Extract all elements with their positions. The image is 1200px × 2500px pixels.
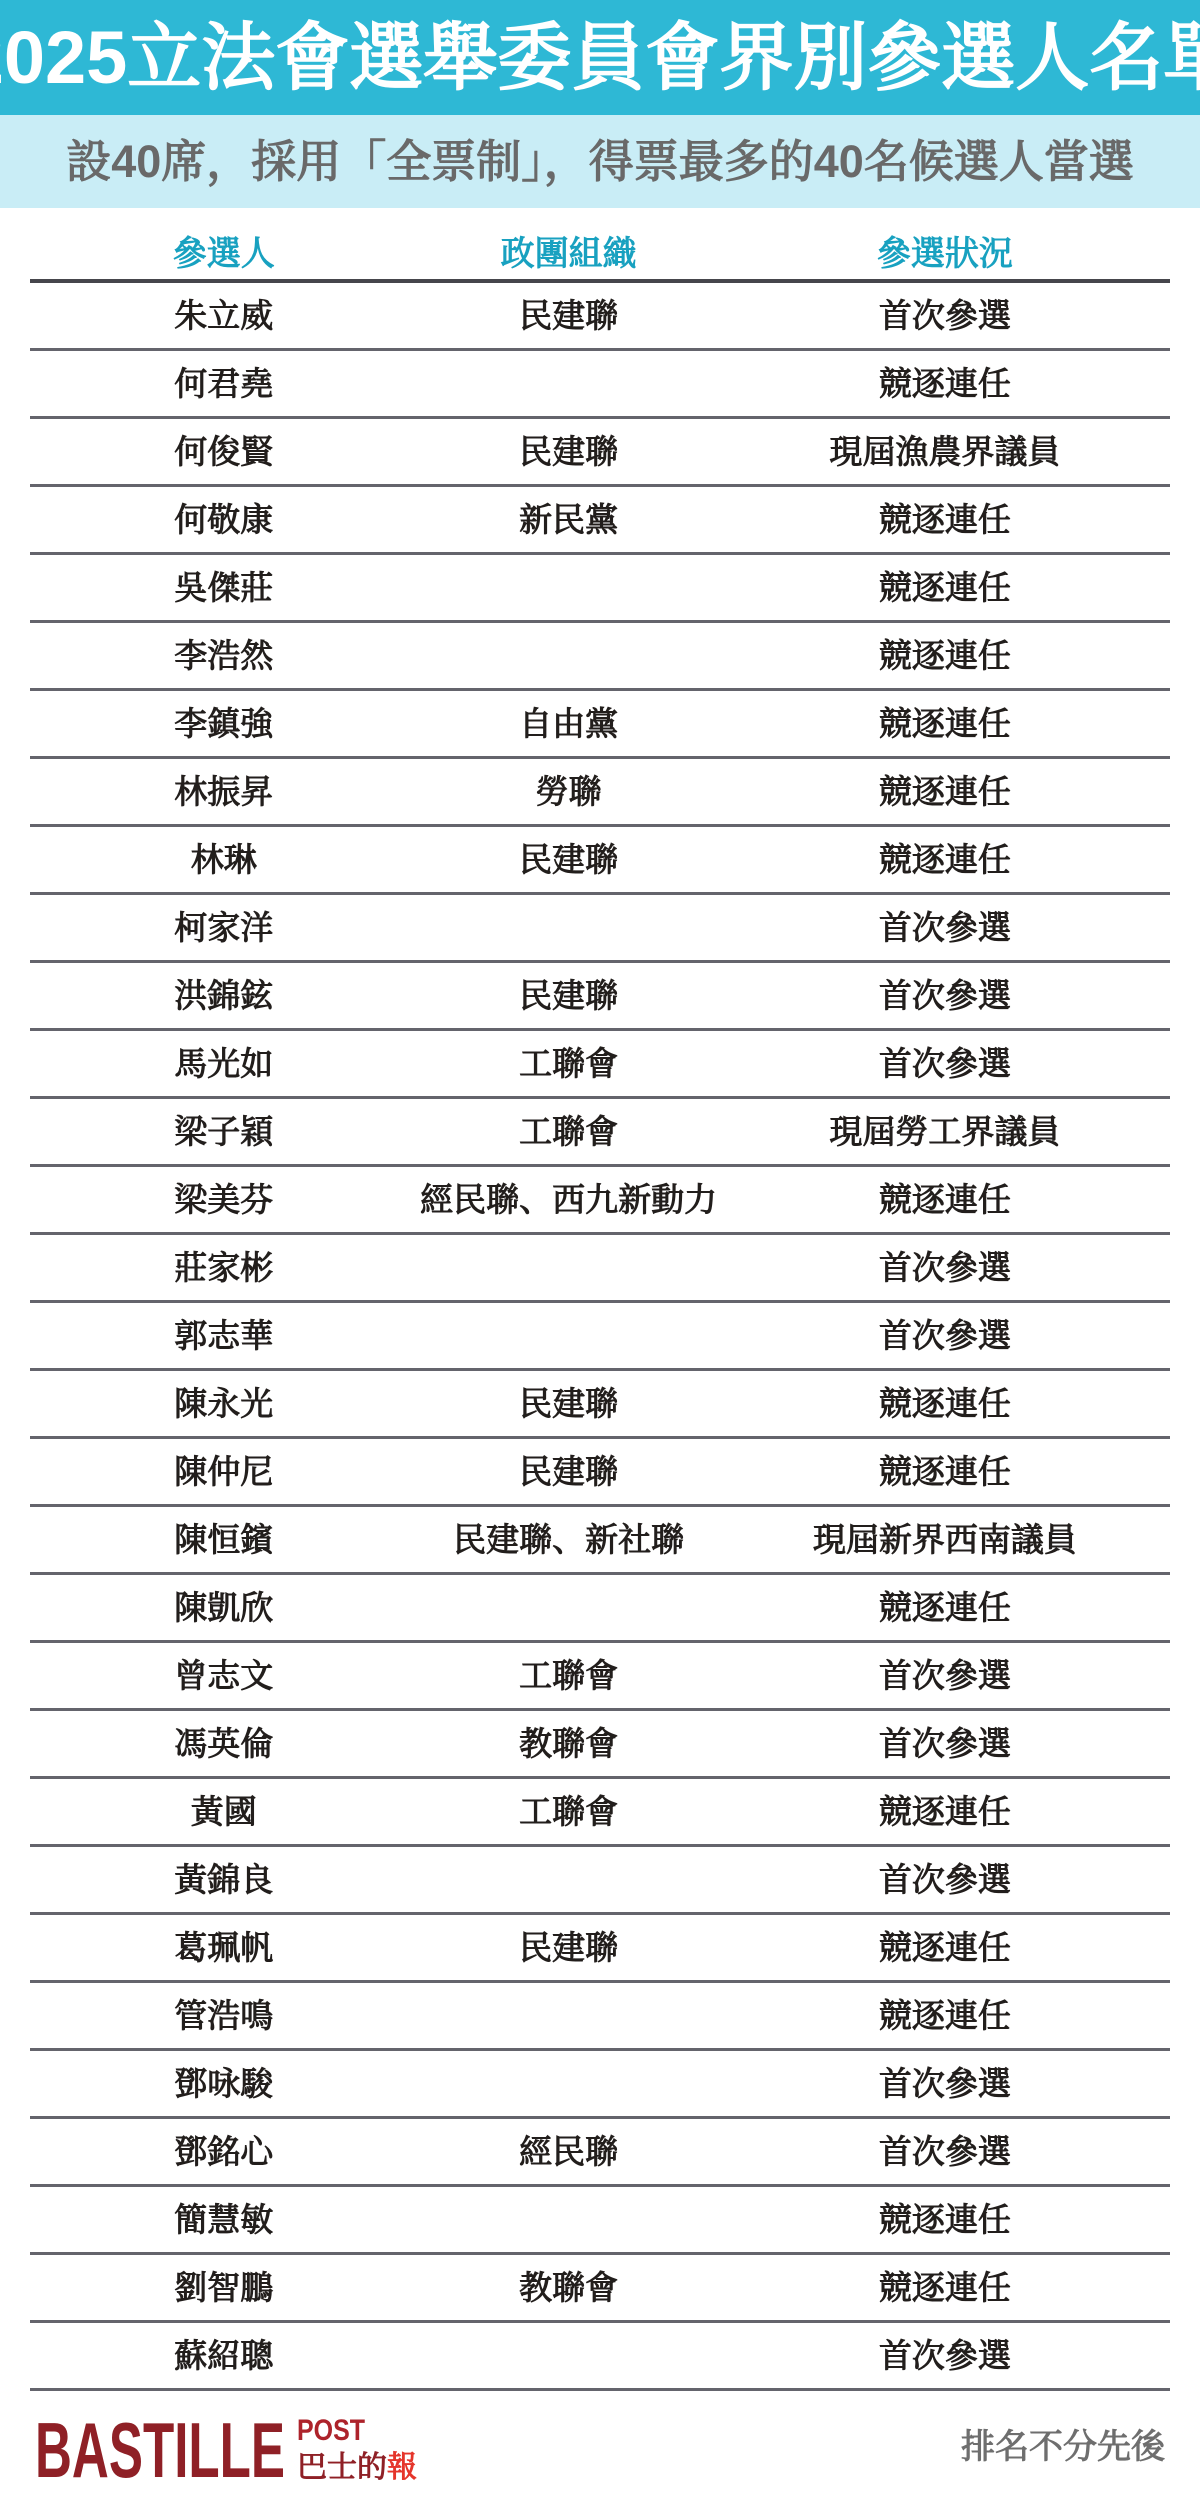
table-row: 曾志文工聯會首次參選 <box>30 1643 1170 1711</box>
cell-name: 蘇紹聰 <box>30 2339 418 2372</box>
table-row: 梁子穎工聯會現屆勞工界議員 <box>30 1099 1170 1167</box>
cell-name: 陳恒鑌 <box>30 1523 418 1556</box>
cell-name: 朱立威 <box>30 299 418 332</box>
cell-org: 工聯會 <box>418 1047 720 1080</box>
table-row: 柯家洋首次參選 <box>30 895 1170 963</box>
cell-status: 競逐連任 <box>720 1591 1170 1624</box>
cell-status: 現屆漁農界議員 <box>720 435 1170 468</box>
table-row: 鄧咏駿首次參選 <box>30 2051 1170 2119</box>
cell-org: 民建聯、新社聯 <box>418 1523 720 1556</box>
cell-org: 經民聯 <box>418 2135 720 2168</box>
table-row: 陳恒鑌民建聯、新社聯現屆新界西南議員 <box>30 1507 1170 1575</box>
table-row: 李浩然競逐連任 <box>30 623 1170 691</box>
bastille-post-logo: BASTILLE POST 巴士的報 <box>35 2413 435 2488</box>
table-row: 馬光如工聯會首次參選 <box>30 1031 1170 1099</box>
table-row: 梁美芬經民聯、西九新動力競逐連任 <box>30 1167 1170 1235</box>
cell-name: 陳凱欣 <box>30 1591 418 1624</box>
table-row: 何俊賢民建聯現屆漁農界議員 <box>30 419 1170 487</box>
cell-status: 競逐連任 <box>720 1455 1170 1488</box>
cell-status: 現屆勞工界議員 <box>720 1115 1170 1148</box>
cell-org: 工聯會 <box>418 1115 720 1148</box>
page-subtitle: 設40席，採用「全票制」，得票最多的40名候選人當選 <box>66 139 1134 184</box>
cell-status: 競逐連任 <box>720 1183 1170 1216</box>
cell-org: 民建聯 <box>418 299 720 332</box>
table-row: 管浩鳴競逐連任 <box>30 1983 1170 2051</box>
cell-status: 競逐連任 <box>720 503 1170 536</box>
table-row: 吳傑莊競逐連任 <box>30 555 1170 623</box>
cell-status: 首次參選 <box>720 979 1170 1012</box>
cell-status: 競逐連任 <box>720 639 1170 672</box>
title-banner: 2025立法會選舉委員會界別參選人名單 <box>0 0 1200 115</box>
cell-status: 競逐連任 <box>720 775 1170 808</box>
cell-status: 首次參選 <box>720 2339 1170 2372</box>
cell-name: 管浩鳴 <box>30 1999 418 2032</box>
cell-status: 首次參選 <box>720 2135 1170 2168</box>
cell-name: 吳傑莊 <box>30 571 418 604</box>
election-infographic: 2025立法會選舉委員會界別參選人名單 設40席，採用「全票制」，得票最多的40… <box>0 0 1200 2500</box>
table-row: 馮英倫教聯會首次參選 <box>30 1711 1170 1779</box>
footer: BASTILLE POST 巴士的報 排名不分先後 <box>35 2413 1165 2488</box>
cell-org: 經民聯、西九新動力 <box>418 1183 720 1216</box>
cell-org: 民建聯 <box>418 1931 720 1964</box>
cell-name: 柯家洋 <box>30 911 418 944</box>
table-row: 陳凱欣競逐連任 <box>30 1575 1170 1643</box>
table-header-row: 參選人 政團組織 參選狀況 <box>30 208 1170 283</box>
logo-bastille-text: BASTILLE <box>35 2413 285 2488</box>
logo-chinese-red: 報 <box>387 2451 417 2484</box>
cell-org: 工聯會 <box>418 1659 720 1692</box>
cell-status: 競逐連任 <box>720 367 1170 400</box>
cell-org: 新民黨 <box>418 503 720 536</box>
cell-name: 陳永光 <box>30 1387 418 1420</box>
cell-name: 何敬康 <box>30 503 418 536</box>
cell-status: 現屆新界西南議員 <box>720 1523 1170 1556</box>
cell-name: 李鎮強 <box>30 707 418 740</box>
table-body: 朱立威民建聯首次參選何君堯競逐連任何俊賢民建聯現屆漁農界議員何敬康新民黨競逐連任… <box>30 283 1170 2391</box>
cell-org: 民建聯 <box>418 1455 720 1488</box>
cell-name: 梁子穎 <box>30 1115 418 1148</box>
column-header-organization: 政團組織 <box>418 212 720 275</box>
cell-status: 競逐連任 <box>720 707 1170 740</box>
cell-org: 自由黨 <box>418 707 720 740</box>
cell-name: 劉智鵬 <box>30 2271 418 2304</box>
table-row: 簡慧敏競逐連任 <box>30 2187 1170 2255</box>
table-row: 陳永光民建聯競逐連任 <box>30 1371 1170 1439</box>
table-row: 郭志華首次參選 <box>30 1303 1170 1371</box>
table-row: 劉智鵬教聯會競逐連任 <box>30 2255 1170 2323</box>
cell-org: 教聯會 <box>418 1727 720 1760</box>
table-row: 陳仲尼民建聯競逐連任 <box>30 1439 1170 1507</box>
ranking-note: 排名不分先後 <box>961 2419 1165 2468</box>
bastille-post-logo-graphic: BASTILLE POST 巴士的報 <box>35 2413 435 2488</box>
logo-chinese-text: 巴士的報 <box>297 2451 417 2484</box>
cell-name: 黃國 <box>30 1795 418 1828</box>
table-row: 鄧銘心經民聯首次參選 <box>30 2119 1170 2187</box>
table-row: 林琳民建聯競逐連任 <box>30 827 1170 895</box>
cell-name: 馬光如 <box>30 1047 418 1080</box>
table-row: 黃錦良首次參選 <box>30 1847 1170 1915</box>
table-row: 林振昇勞聯競逐連任 <box>30 759 1170 827</box>
cell-name: 何君堯 <box>30 367 418 400</box>
cell-status: 首次參選 <box>720 1319 1170 1352</box>
cell-status: 首次參選 <box>720 1863 1170 1896</box>
cell-name: 葛珮帆 <box>30 1931 418 1964</box>
cell-status: 首次參選 <box>720 1047 1170 1080</box>
cell-org: 民建聯 <box>418 1387 720 1420</box>
cell-name: 黃錦良 <box>30 1863 418 1896</box>
cell-name: 簡慧敏 <box>30 2203 418 2236</box>
cell-status: 競逐連任 <box>720 1387 1170 1420</box>
table-row: 何君堯競逐連任 <box>30 351 1170 419</box>
cell-status: 首次參選 <box>720 1659 1170 1692</box>
table-row: 朱立威民建聯首次參選 <box>30 283 1170 351</box>
table-row: 洪錦鉉民建聯首次參選 <box>30 963 1170 1031</box>
table-row: 李鎮強自由黨競逐連任 <box>30 691 1170 759</box>
cell-status: 競逐連任 <box>720 2271 1170 2304</box>
table-row: 黃國工聯會競逐連任 <box>30 1779 1170 1847</box>
cell-name: 何俊賢 <box>30 435 418 468</box>
cell-status: 首次參選 <box>720 2067 1170 2100</box>
cell-name: 林振昇 <box>30 775 418 808</box>
cell-name: 鄧咏駿 <box>30 2067 418 2100</box>
cell-name: 郭志華 <box>30 1319 418 1352</box>
cell-org: 工聯會 <box>418 1795 720 1828</box>
cell-org: 民建聯 <box>418 979 720 1012</box>
cell-name: 陳仲尼 <box>30 1455 418 1488</box>
cell-name: 曾志文 <box>30 1659 418 1692</box>
cell-status: 競逐連任 <box>720 571 1170 604</box>
cell-org: 教聯會 <box>418 2271 720 2304</box>
cell-org: 民建聯 <box>418 435 720 468</box>
cell-status: 首次參選 <box>720 1727 1170 1760</box>
cell-status: 首次參選 <box>720 299 1170 332</box>
cell-status: 競逐連任 <box>720 2203 1170 2236</box>
cell-name: 林琳 <box>30 843 418 876</box>
cell-status: 競逐連任 <box>720 1795 1170 1828</box>
table-row: 何敬康新民黨競逐連任 <box>30 487 1170 555</box>
cell-name: 洪錦鉉 <box>30 979 418 1012</box>
cell-name: 李浩然 <box>30 639 418 672</box>
candidate-table: 參選人 政團組織 參選狀況 朱立威民建聯首次參選何君堯競逐連任何俊賢民建聯現屆漁… <box>30 208 1170 2391</box>
column-header-candidate: 參選人 <box>30 212 418 275</box>
page-title: 2025立法會選舉委員會界別參選人名單 <box>0 21 1200 95</box>
cell-name: 梁美芬 <box>30 1183 418 1216</box>
cell-status: 首次參選 <box>720 1251 1170 1284</box>
cell-status: 競逐連任 <box>720 1931 1170 1964</box>
cell-name: 馮英倫 <box>30 1727 418 1760</box>
cell-status: 首次參選 <box>720 911 1170 944</box>
cell-org: 勞聯 <box>418 775 720 808</box>
logo-chinese-dark: 巴士的 <box>297 2451 387 2484</box>
cell-name: 莊家彬 <box>30 1251 418 1284</box>
subtitle-banner: 設40席，採用「全票制」，得票最多的40名候選人當選 <box>0 115 1200 208</box>
cell-name: 鄧銘心 <box>30 2135 418 2168</box>
cell-status: 競逐連任 <box>720 843 1170 876</box>
table-row: 蘇紹聰首次參選 <box>30 2323 1170 2391</box>
cell-org: 民建聯 <box>418 843 720 876</box>
table-row: 莊家彬首次參選 <box>30 1235 1170 1303</box>
column-header-status: 參選狀況 <box>720 212 1170 275</box>
table-row: 葛珮帆民建聯競逐連任 <box>30 1915 1170 1983</box>
logo-post-text: POST <box>297 2414 365 2447</box>
cell-status: 競逐連任 <box>720 1999 1170 2032</box>
